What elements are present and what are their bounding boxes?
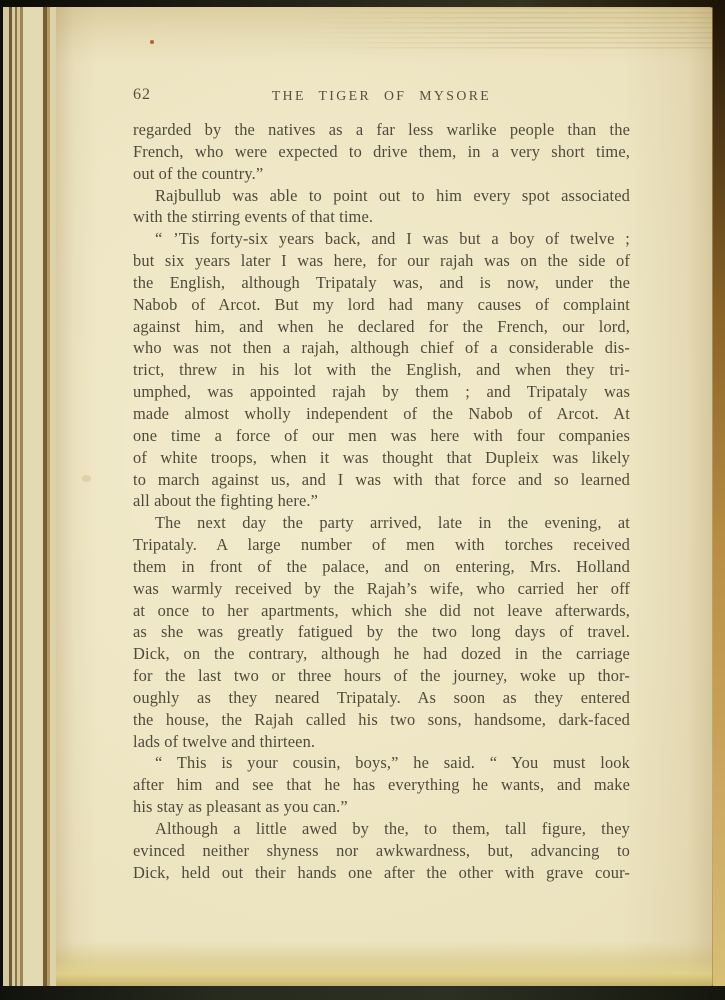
page-header: 62 THE TIGER OF MYSORE <box>133 86 630 112</box>
text-line: Nabob of Arcot. But my lord had many cau… <box>133 294 630 316</box>
text-line: them in front of the palace, and on ente… <box>133 556 630 578</box>
text-line: regarded by the natives as a far less wa… <box>133 119 630 141</box>
text-line: Dick, held out their hands one after the… <box>133 862 630 884</box>
red-ink-speck <box>150 40 154 44</box>
text-line: umphed, was appointed rajah by them ; an… <box>133 381 630 403</box>
text-line: all about the fighting here.” <box>133 490 630 512</box>
text-line: oughly as they neared Tripataly. As soon… <box>133 687 630 709</box>
text-line: with the stirring events of that time. <box>133 206 630 228</box>
text-line: of white troops, when it was thought tha… <box>133 447 630 469</box>
running-title: THE TIGER OF MYSORE <box>133 86 630 104</box>
text-line: Rajbullub was able to point out to him e… <box>133 185 630 207</box>
text-line: but six years later I was here, for our … <box>133 250 630 272</box>
book-scan: 62 THE TIGER OF MYSORE regarded by the n… <box>0 0 725 1000</box>
book-page: 62 THE TIGER OF MYSORE regarded by the n… <box>56 7 716 987</box>
text-line: as she was greatly fatigued by the two l… <box>133 621 630 643</box>
body-text: regarded by the natives as a far less wa… <box>133 119 630 884</box>
text-line: his stay as pleasant as you can.” <box>133 796 630 818</box>
photo-bottom-edge <box>0 986 725 1000</box>
text-line: at once to her apartments, which she did… <box>133 600 630 622</box>
top-edge-striations <box>286 7 716 49</box>
text-line: French, who were expected to drive them,… <box>133 141 630 163</box>
text-line: after him and see that he has everything… <box>133 774 630 796</box>
text-line: the English, although Tripataly was, and… <box>133 272 630 294</box>
page-content: 62 THE TIGER OF MYSORE regarded by the n… <box>133 86 630 884</box>
text-line: who was not then a rajah, although chief… <box>133 337 630 359</box>
text-line: “ This is your cousin, boys,” he said. “… <box>133 752 630 774</box>
text-line: was warmly received by the Rajah’s wife,… <box>133 578 630 600</box>
page-bottom-curl <box>56 941 716 987</box>
text-line: to march against us, and I was with that… <box>133 469 630 491</box>
text-line: “ ’Tis forty-six years back, and I was b… <box>133 228 630 250</box>
text-line: trict, threw in his lot with the English… <box>133 359 630 381</box>
text-line: one time a force of our men was here wit… <box>133 425 630 447</box>
text-line: The next day the party arrived, late in … <box>133 512 630 534</box>
fore-edge <box>713 0 725 1000</box>
text-line: the house, the Rajah called his two sons… <box>133 709 630 731</box>
text-line: Although a little awed by the, to them, … <box>133 818 630 840</box>
text-line: made almost wholly independent of the Na… <box>133 403 630 425</box>
text-line: lads of twelve and thirteen. <box>133 731 630 753</box>
text-line: Tripataly. A large number of men with to… <box>133 534 630 556</box>
gutter-page-edges <box>0 0 57 1000</box>
foxing-spot <box>82 475 91 482</box>
text-line: against him, and when he declared for th… <box>133 316 630 338</box>
text-line: evinced neither shyness nor awkwardness,… <box>133 840 630 862</box>
page-number: 62 <box>133 86 151 104</box>
photo-top-edge <box>0 0 725 7</box>
text-line: Dick, on the contrary, although he had d… <box>133 643 630 665</box>
text-line: out of the country.” <box>133 163 630 185</box>
text-line: for the last two or three hours of the j… <box>133 665 630 687</box>
